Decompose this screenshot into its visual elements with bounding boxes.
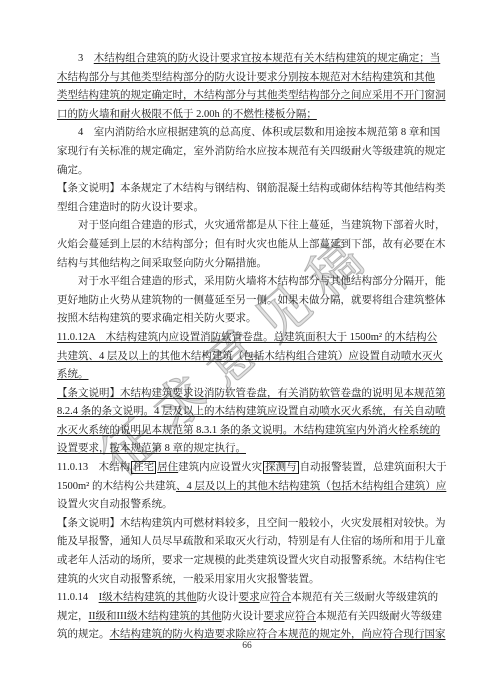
document-lines: 3 木结构组合建筑的防火设计要求宜按本规范有关木结构建筑的规定确定；当木结构部分…	[57, 50, 437, 645]
text-segment: 木结构部分与其他类型结构部分的防火设计要求分别按本规范对木结构建筑和其他	[57, 72, 435, 83]
text-segment: 8.2.4 条的条文说明。4 层及以上的木结构建筑应设置自动喷水灭火系统，有关自…	[57, 406, 446, 417]
text-segment: 本规范有关三级耐火等级建筑的	[291, 592, 438, 603]
text-segment: 设置火灾自动报警系统。	[57, 499, 173, 510]
text-segment: 、4 层及以上的其他木结构建筑（包括木结构组合建筑）应	[176, 481, 446, 492]
text-line: 或老年人活动的场所，要求一定规模的此类建筑设置火灾自动报警系统。木结构住宅	[57, 552, 437, 571]
text-line: 规定，II级和III级木结构建筑的其他防火设计要求应符合本规范有关四级耐火等级建	[57, 608, 437, 627]
text-segment: 结构与其他结构之间采取竖向防火分隔措施。	[57, 258, 267, 269]
text-segment: 11.0.12A 木结构建筑内应设置消防软管卷盘。总建筑面积大于 1500m² …	[57, 332, 437, 343]
text-segment: 类型结构建筑的规定确定时，木结构部分与其他类型结构部分之间应采用不开门窗洞	[57, 90, 446, 101]
text-segment: 规定，	[57, 611, 89, 622]
text-line: 更好地防止火势从建筑物的一侧蔓延至另一侧。如果未做分隔，就要将组合建筑整体	[57, 292, 437, 311]
text-line: 11.0.14 I级木结构建筑的其他防火设计要求应符合本规范有关三级耐火等级建筑…	[57, 589, 437, 608]
text-segment: 共建筑、4 层及以上的其他木结构建筑（包括木结构组合建筑）应设置自动喷水灭火	[57, 351, 443, 362]
text-segment: 能及早报警，通知人员尽早疏散和采取灭火行动，特别是有人住宿的场所和用于儿童	[57, 536, 446, 547]
text-line: 【条文说明】木结构建筑要求设消防软管卷盘，有关消防软管卷盘的说明见本规范第	[57, 385, 437, 404]
text-segment: 系统。	[57, 369, 89, 380]
text-line: 水灭火系统的说明见本规范第 8.3.1 条的条文说明。木结构建筑室内外消火栓系统…	[57, 422, 437, 441]
document-page: 征求意见稿 3 木结构组合建筑的防火设计要求宜按本规范有关木结构建筑的规定确定；…	[0, 0, 494, 700]
text-segment: 更好地防止火势从建筑物的一侧蔓延至另一侧。如果未做分隔，就要将组合建筑整体	[57, 295, 446, 306]
text-segment: 水灭火系统的说明见本规范第 8.3.1 条的条文说明。木结构建筑室内外消火栓系统…	[57, 425, 440, 436]
text-segment: 木结构组合建筑的防火设计要求宜按本规范有关木结构建筑的规定确定；当	[94, 53, 441, 64]
text-line: 按照木结构建筑的要求确定相关防火要求。	[57, 310, 437, 329]
text-segment: 家现行有关标准的规定确定，室外消防给水应按本规范有关四级耐火等级建筑的规定	[57, 146, 446, 157]
text-segment: 应	[284, 611, 295, 622]
text-segment: 应	[260, 592, 271, 603]
text-line: 型组合建造时的防火设计要求。	[57, 199, 437, 218]
text-segment: 11.0.14	[57, 592, 99, 603]
text-line: 家现行有关标准的规定确定，室外消防给水应按本规范有关四级耐火等级建筑的规定	[57, 143, 437, 162]
text-line: 口的防火墙和耐火极限不低于 2.00h 的不燃性楼板分隔；	[57, 106, 437, 125]
text-segment: 探测与	[263, 461, 299, 474]
text-segment: 符合	[270, 592, 291, 603]
text-segment: 自动报警装置，总建筑面积大于	[300, 462, 447, 473]
text-line: 确定。	[57, 162, 437, 181]
text-line: 系统。	[57, 366, 437, 385]
text-segment: 1500m² 的木结构公共建筑	[57, 481, 176, 492]
text-segment: 【条文说明】木结构建筑要求设消防软管卷盘，有关消防软管卷盘的说明见本规范第	[57, 388, 446, 399]
text-line: 11.0.12A 木结构建筑内应设置消防软管卷盘。总建筑面积大于 1500m² …	[57, 329, 437, 348]
text-segment: 对于水平组合建造的形式，采用防火墙将木结构部分与其他结构部分分隔开，能	[78, 276, 446, 287]
text-segment: 防火设计	[221, 611, 263, 622]
text-segment: 按照木结构建筑的要求确定相关防火要求。	[57, 313, 257, 324]
text-line: 共建筑、4 层及以上的其他木结构建筑（包括木结构组合建筑）应设置自动喷水灭火	[57, 348, 437, 367]
text-segment: 设置要求，按本规范第 8 章的规定执行。	[57, 443, 246, 454]
text-segment: 【条文说明】木结构建筑内可燃材料较多，且空间一般较小，火灾发展相对较快。为	[57, 518, 446, 529]
text-segment: 筑的规定。	[57, 629, 110, 640]
text-segment: 木结构建筑的防火构造要求除应符合本规范的规定外，尚应符合现行国家	[110, 629, 446, 640]
text-line: 能及早报警，通知人员尽早疏散和采取灭火行动，特别是有人住宿的场所和用于儿童	[57, 533, 437, 552]
text-segment: II级和III级木结构建筑的其他	[89, 611, 222, 622]
text-segment: 要求	[263, 611, 284, 622]
text-segment: 4 室内消防给水应根据建筑的总高度、体积或层数和用途按本规范第 8 章和国	[78, 127, 440, 138]
text-line: 8.2.4 条的条文说明。4 层及以上的木结构建筑应设置自动喷水灭火系统，有关自…	[57, 403, 437, 422]
text-segment: I级木结构建筑的其他	[99, 592, 197, 603]
text-segment: 住宅	[131, 461, 156, 474]
text-line: 4 室内消防给水应根据建筑的总高度、体积或层数和用途按本规范第 8 章和国	[57, 124, 437, 143]
text-line: 建筑的火灾自动报警系统，一般采用家用火灾报警装置。	[57, 571, 437, 590]
text-segment: 符合	[295, 611, 316, 622]
text-line: 类型结构建筑的规定确定时，木结构部分与其他类型结构部分之间应采用不开门窗洞	[57, 87, 437, 106]
text-segment: 居住	[157, 462, 178, 473]
text-line: 11.0.13 木结构住宅居住建筑内应设置火灾探测与自动报警装置，总建筑面积大于	[57, 459, 437, 478]
text-segment: 建筑内应设置火灾	[178, 462, 262, 473]
text-segment: 型组合建造时的防火设计要求。	[57, 202, 204, 213]
text-line: 结构与其他结构之间采取竖向防火分隔措施。	[57, 255, 437, 274]
text-segment: 防火设计	[197, 592, 239, 603]
text-line: 设置火灾自动报警系统。	[57, 496, 437, 515]
text-segment: 对于竖向组合建造的形式，火灾通常都是从下往上蔓延，当建筑物下部着火时，	[78, 220, 446, 231]
text-segment: 建筑的火灾自动报警系统，一般采用家用火灾报警装置。	[57, 574, 320, 585]
text-segment: 【条文说明】本条规定了木结构与钢结构、钢筋混凝土结构或砌体结构等其他结构类	[57, 183, 446, 194]
text-line: 设置要求，按本规范第 8 章的规定执行。	[57, 440, 437, 459]
text-segment: 3	[78, 53, 94, 64]
text-line: 木结构部分与其他类型结构部分的防火设计要求分别按本规范对木结构建筑和其他	[57, 69, 437, 88]
text-segment: 11.0.13 木结构	[57, 462, 130, 473]
text-segment: 要求	[239, 592, 260, 603]
text-line: 对于水平组合建造的形式，采用防火墙将木结构部分与其他结构部分分隔开，能	[57, 273, 437, 292]
text-line: 3 木结构组合建筑的防火设计要求宜按本规范有关木结构建筑的规定确定；当	[57, 50, 437, 69]
text-segment: 口的防火墙和耐火极限不低于 2.00h 的不燃性楼板分隔；	[57, 109, 317, 120]
text-segment: 确定。	[57, 165, 89, 176]
text-segment: 或老年人活动的场所，要求一定规模的此类建筑设置火灾自动报警系统。木结构住宅	[57, 555, 446, 566]
text-segment: 火焰会蔓延到上层的木结构部分；但有时火灾也能从上部蔓延到下部，故有必要在木	[57, 239, 446, 250]
text-line: 对于竖向组合建造的形式，火灾通常都是从下往上蔓延，当建筑物下部着火时，	[57, 217, 437, 236]
text-line: 【条文说明】木结构建筑内可燃材料较多，且空间一般较小，火灾发展相对较快。为	[57, 515, 437, 534]
text-line: 1500m² 的木结构公共建筑、4 层及以上的其他木结构建筑（包括木结构组合建筑…	[57, 478, 437, 497]
text-line: 火焰会蔓延到上层的木结构部分；但有时火灾也能从上部蔓延到下部，故有必要在木	[57, 236, 437, 255]
page-number: 66	[0, 641, 494, 651]
text-segment: 本规范有关四级耐火等级建	[316, 611, 442, 622]
text-line: 【条文说明】本条规定了木结构与钢结构、钢筋混凝土结构或砌体结构等其他结构类	[57, 180, 437, 199]
